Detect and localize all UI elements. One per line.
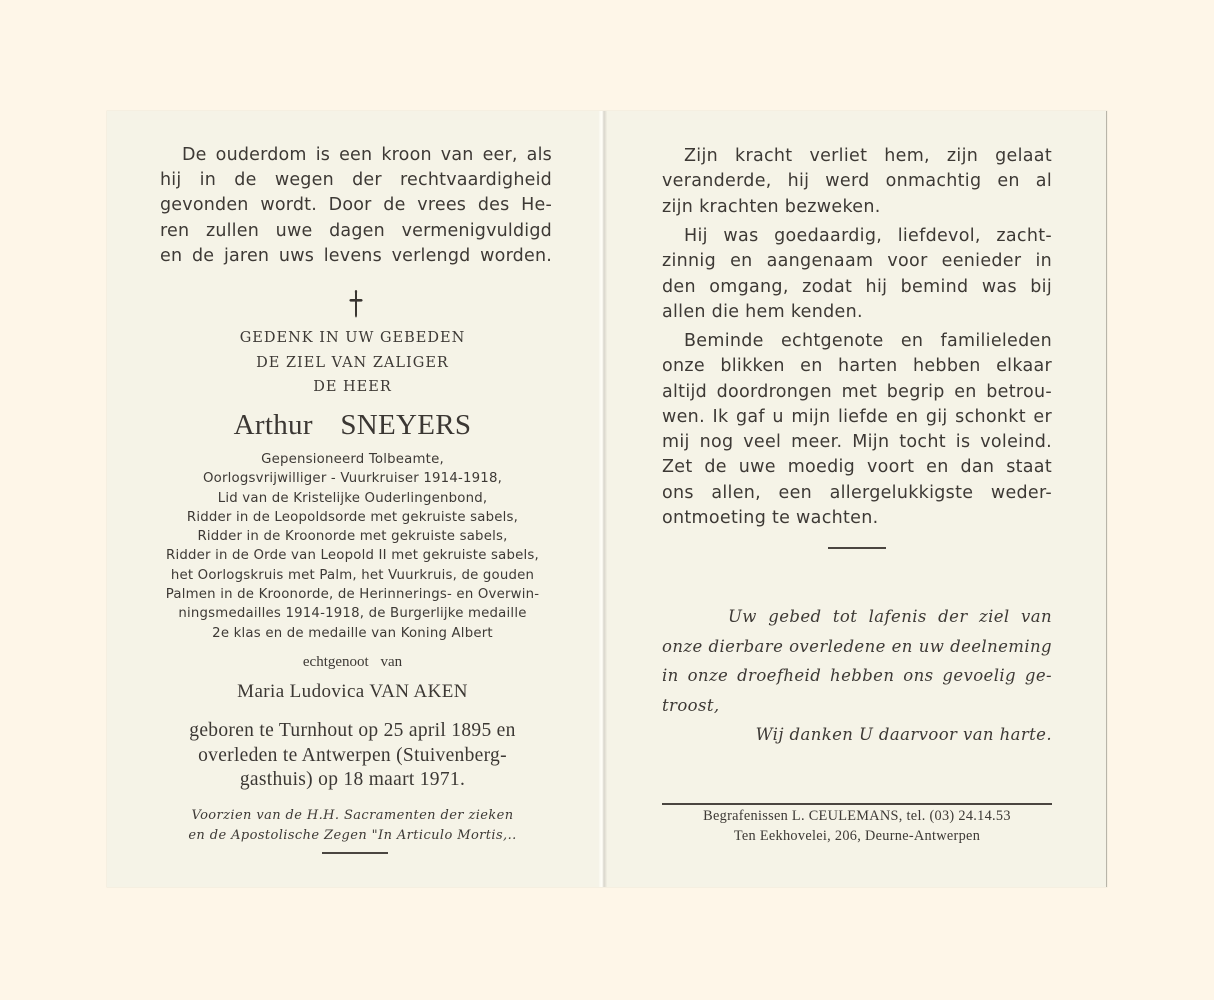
text-line: wen. Ik gaf u mijn liefde en gij schonkt… <box>662 405 1052 430</box>
thanks-line: in onze droefheid hebben ons gevoelig ge… <box>662 661 1052 691</box>
deceased-name: Arthur SNEYERS <box>107 409 598 442</box>
birth-death-dates: geboren te Turnhout op 25 april 1895 en … <box>107 719 598 793</box>
undertaker-info: Begrafenissen L. CEULEMANS, tel. (03) 24… <box>662 806 1052 846</box>
sacraments-note: Voorzien van de H.H. Sacramenten der zie… <box>107 806 598 846</box>
bible-verse: De ouderdom is een kroon van eer, als hi… <box>160 143 552 269</box>
thanks-line: troost, <box>662 691 1052 721</box>
title-line: ningsmedailles 1914-1918, de Burgerlijke… <box>107 604 598 623</box>
remembrance-heading: GEDENK IN UW GEBEDEN DE ZIEL VAN ZALIGER… <box>107 326 598 400</box>
spouse-label: echtgenoot van <box>107 654 598 671</box>
text-line: onze blikken en harten hebben elkaar <box>662 354 1052 379</box>
text-line: veranderde, hij werd onmachtig en al <box>662 169 1052 194</box>
deceased-titles: Gepensioneerd Tolbeamte, Oorlogsvrijwill… <box>107 450 598 643</box>
text-line: Zijn kracht verliet hem, zijn gelaat <box>662 144 1052 169</box>
remembrance-line: GEDENK IN UW GEBEDEN <box>107 326 598 351</box>
ornamental-rule <box>322 852 388 854</box>
remembrance-line: DE HEER <box>107 375 598 400</box>
card-fold <box>598 111 607 887</box>
left-panel: De ouderdom is een kroon van eer, als hi… <box>107 111 598 887</box>
verse-line: hij in de wegen der rechtvaardigheid <box>160 168 552 193</box>
title-line: Ridder in de Kroonorde met gekruiste sab… <box>107 527 598 546</box>
dates-line: gasthuis) op 18 maart 1971. <box>107 768 598 793</box>
text-line: zinnig en aangenaam voor eenieder in <box>662 249 1052 274</box>
undertaker-line: Begrafenissen L. CEULEMANS, tel. (03) 24… <box>662 806 1052 826</box>
text-line: allen die hem kenden. <box>662 300 1052 325</box>
paragraph-character: Hij was goedaardig, liefdevol, zacht- zi… <box>662 224 1052 325</box>
text-line: Zet de uwe moedig voort en dan staat <box>662 455 1052 480</box>
verse-line: en de jaren uws levens verlengd worden. <box>160 244 552 269</box>
title-line: Ridder in de Leopoldsorde met gekruiste … <box>107 508 598 527</box>
title-line: het Oorlogskruis met Palm, het Vuurkruis… <box>107 566 598 585</box>
ornamental-rule <box>828 547 886 549</box>
thanks-message: Uw gebed tot lafenis der ziel van onze d… <box>662 602 1052 750</box>
verse-line: ren zullen uwe dagen vermenigvuldigd <box>160 219 552 244</box>
paragraph-strength: Zijn kracht verliet hem, zijn gelaat ver… <box>662 144 1052 220</box>
text-line: ontmoeting te wachten. <box>662 506 1052 531</box>
title-line: Ridder in de Orde van Leopold II met gek… <box>107 546 598 565</box>
text-line: Beminde echtgenote en familieleden <box>662 329 1052 354</box>
text-line: mij nog veel meer. Mijn tocht is voleind… <box>662 430 1052 455</box>
sacraments-line: en de Apostolische Zegen "In Articulo Mo… <box>107 826 598 846</box>
text-line: ons allen, een allergelukkigste weder- <box>662 481 1052 506</box>
title-line: 2e klas en de medaille van Koning Albert <box>107 624 598 643</box>
verse-line: gevonden wordt. Door de vrees des He- <box>160 193 552 218</box>
sacraments-line: Voorzien van de H.H. Sacramenten der zie… <box>107 806 598 826</box>
remembrance-line: DE ZIEL VAN ZALIGER <box>107 351 598 376</box>
right-panel: Zijn kracht verliet hem, zijn gelaat ver… <box>607 111 1106 887</box>
dates-line: overleden te Antwerpen (Stuivenberg- <box>107 744 598 769</box>
title-line: Gepensioneerd Tolbeamte, <box>107 450 598 469</box>
text-line: altijd doordrongen met begrip en betrou- <box>662 380 1052 405</box>
title-line: Palmen in de Kroonorde, de Herinnerings-… <box>107 585 598 604</box>
text-line: zijn krachten bezweken. <box>662 195 1052 220</box>
text-line: den omgang, zodat hij bemind was bij <box>662 275 1052 300</box>
undertaker-line: Ten Eekhovelei, 206, Deurne-Antwerpen <box>662 826 1052 846</box>
paragraph-family: Beminde echtgenote en familieleden onze … <box>662 329 1052 531</box>
thanks-signoff: Wij danken U daarvoor van harte. <box>662 720 1052 750</box>
verse-line: De ouderdom is een kroon van eer, als <box>160 143 552 168</box>
thanks-line: Uw gebed tot lafenis der ziel van <box>662 602 1052 632</box>
thanks-line: onze dierbare overledene en uw deelnemin… <box>662 632 1052 662</box>
footer-rule <box>662 803 1052 805</box>
text-line: Hij was goedaardig, liefdevol, zacht- <box>662 224 1052 249</box>
title-line: Lid van de Kristelijke Ouderlingenbond, <box>107 489 598 508</box>
title-line: Oorlogsvrijwilliger - Vuurkruiser 1914-1… <box>107 469 598 488</box>
spouse-name: Maria Ludovica VAN AKEN <box>107 681 598 703</box>
cross-icon <box>344 289 368 319</box>
dates-line: geboren te Turnhout op 25 april 1895 en <box>107 719 598 744</box>
